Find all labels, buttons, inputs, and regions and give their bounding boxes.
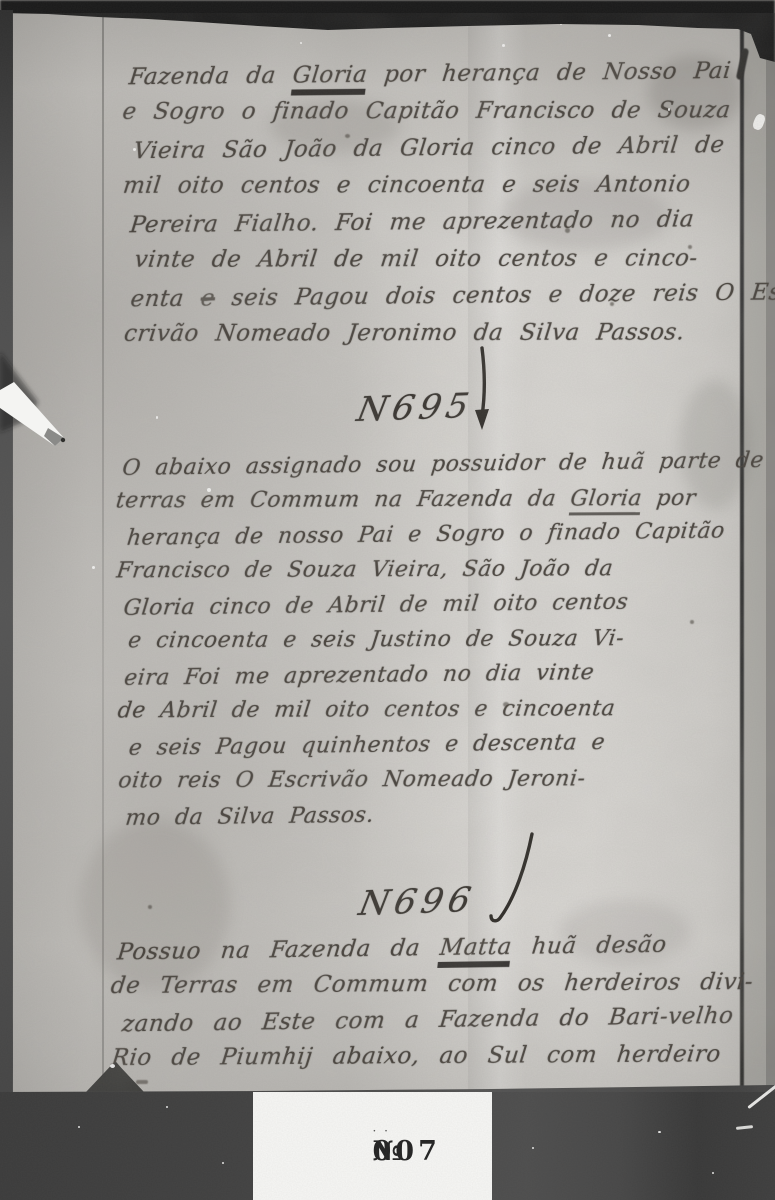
scanned-document-page: Fazenda da Gloria por herança de Nosso P… [0,0,775,1200]
paper-grain-texture [0,0,775,1200]
pen-tip [0,330,90,470]
